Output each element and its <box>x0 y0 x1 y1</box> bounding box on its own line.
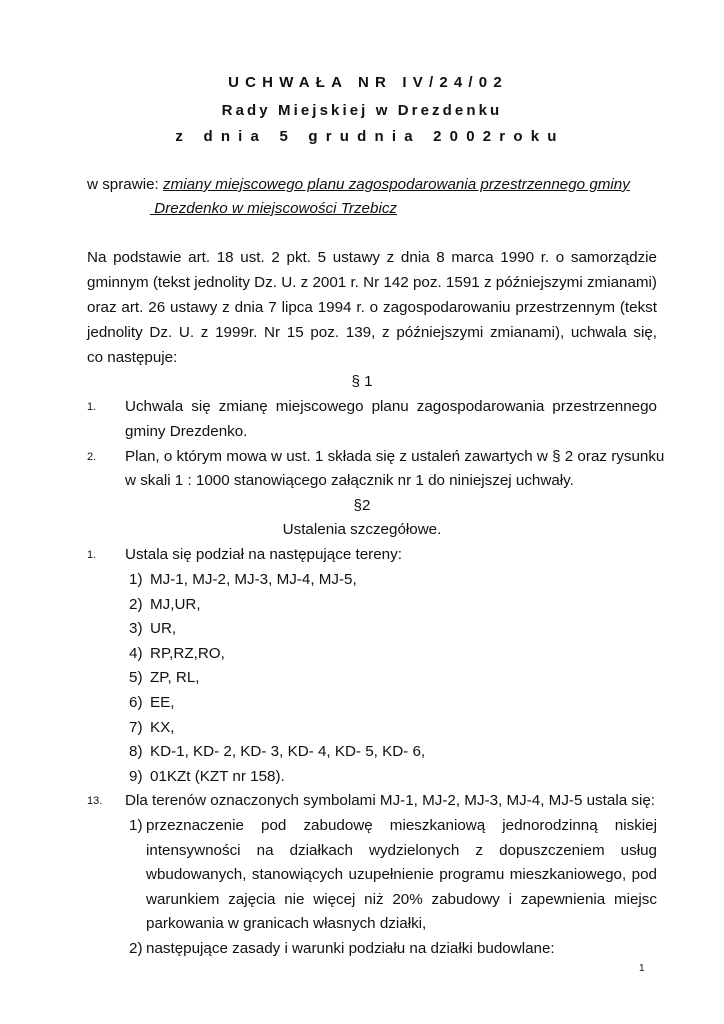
preamble-line: Na podstawie art. 18 ust. 2 pkt. 5 ustaw… <box>87 249 657 267</box>
subitem-text: wbudowanych, stanowiących uzupełnienie p… <box>146 866 657 884</box>
terrain-list-item: EE, <box>150 694 174 712</box>
preamble-line: oraz art. 26 ustawy z dnia 7 lipca 1994 … <box>87 299 657 317</box>
terrain-list-number: 8) <box>129 743 143 761</box>
terrain-list-item: ZP, RL, <box>150 669 200 687</box>
preamble-line: co następuje: <box>87 349 177 367</box>
terrain-list-number: 6) <box>129 694 143 712</box>
subject-label: w sprawie: <box>87 176 159 193</box>
item-text: Dla terenów oznaczonych symbolami MJ-1, … <box>125 792 655 810</box>
resolution-council: Rady Miejskiej w Drezdenku <box>0 102 724 119</box>
terrain-list-item: MJ,UR, <box>150 596 201 614</box>
section-2-heading: §2 <box>0 497 724 514</box>
terrain-list-number: 7) <box>129 719 143 737</box>
section-1-heading: § 1 <box>0 373 724 390</box>
subitem-text: intensywności na działkach wydzielonych … <box>146 842 657 860</box>
section-2-subheading: Ustalenia szczegółowe. <box>0 521 724 538</box>
item-number: 13. <box>87 795 102 807</box>
terrain-list-item: KD-1, KD- 2, KD- 3, KD- 4, KD- 5, KD- 6, <box>150 743 425 761</box>
terrain-list-item: KX, <box>150 719 174 737</box>
subject-text-2: Drezdenko w miejscowości Trzebicz <box>150 200 397 217</box>
subject-text-1: zmiany miejscowego planu zagospodarowani… <box>163 176 630 193</box>
item-number: 2. <box>87 451 96 463</box>
subitem-number: 2) <box>129 940 143 958</box>
terrain-list-number: 9) <box>129 768 143 786</box>
subitem-text: warunkiem zajęcia nie więcej niż 20% zab… <box>146 891 657 909</box>
item-text: Uchwala się zmianę miejscowego planu zag… <box>125 398 657 416</box>
item-number: 1. <box>87 549 96 561</box>
item-text: Ustala się podział na następujące tereny… <box>125 546 402 564</box>
terrain-list-number: 5) <box>129 669 143 687</box>
terrain-list-item: 01KZt (KZT nr 158). <box>150 768 285 786</box>
subject-line-1: w sprawie: zmiany miejscowego planu zago… <box>87 176 630 194</box>
item-text: w skali 1 : 1000 stanowiącego załącznik … <box>125 472 574 490</box>
resolution-title: UCHWAŁA NR IV/24/02 <box>0 74 724 91</box>
item-text: gminy Drezdenko. <box>125 423 247 441</box>
terrain-list-number: 4) <box>129 645 143 663</box>
terrain-list-item: MJ-1, MJ-2, MJ-3, MJ-4, MJ-5, <box>150 571 357 589</box>
document-page: UCHWAŁA NR IV/24/02 Rady Miejskiej w Dre… <box>0 0 724 1024</box>
subject-line-2: Drezdenko w miejscowości Trzebicz <box>150 200 397 218</box>
item-number: 1. <box>87 401 96 413</box>
subitem-text: następujące zasady i warunki podziału na… <box>146 940 555 958</box>
terrain-list-number: 1) <box>129 571 143 589</box>
preamble-line: jednolity Dz. U. z 1999r. Nr 15 poz. 139… <box>87 324 657 342</box>
subitem-text: parkowania w granicach własnych działki, <box>146 915 426 933</box>
terrain-list-number: 2) <box>129 596 143 614</box>
terrain-list-item: UR, <box>150 620 176 638</box>
resolution-date: z dnia 5 grudnia 2002roku <box>0 128 724 145</box>
subitem-text: przeznaczenie pod zabudowę mieszkaniową … <box>146 817 657 835</box>
terrain-list-number: 3) <box>129 620 143 638</box>
terrain-list-item: RP,RZ,RO, <box>150 645 225 663</box>
subitem-number: 1) <box>129 817 143 835</box>
page-number: 1 <box>639 963 645 974</box>
preamble-line: gminnym (tekst jednolity Dz. U. z 2001 r… <box>87 274 657 292</box>
item-text: Plan, o którym mowa w ust. 1 składa się … <box>125 448 657 466</box>
